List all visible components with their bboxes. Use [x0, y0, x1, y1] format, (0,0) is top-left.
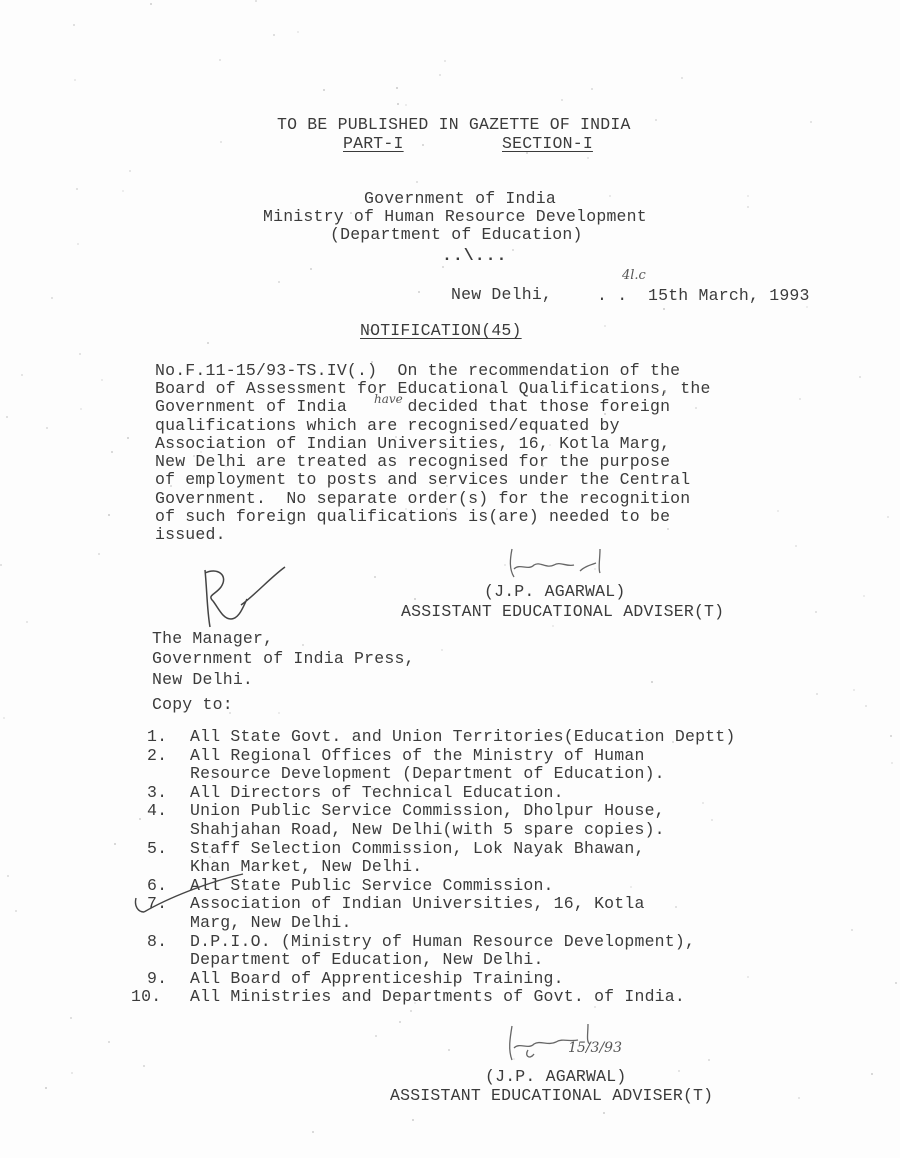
copy-to-item: Staff Selection Commission, Lok Nayak Bh…	[190, 840, 645, 858]
copy-to-label: Copy to:	[152, 696, 233, 714]
copy-to-item: All Regional Offices of the Ministry of …	[190, 747, 645, 765]
initials-signature	[195, 565, 295, 635]
publish-line: TO BE PUBLISHED IN GAZETTE OF INDIA	[277, 116, 631, 134]
signature-1	[500, 545, 620, 585]
copy-to-item: All Directors of Technical Education.	[190, 784, 564, 802]
notification-body-line: New Delhi are treated as recognised for …	[155, 453, 670, 471]
notification-body-line: Government. No separate order(s) for the…	[155, 490, 690, 508]
copy-to-item: D.P.I.O. (Ministry of Human Resource Dev…	[190, 933, 695, 951]
copy-to-item: All Board of Apprenticeship Training.	[190, 970, 564, 988]
dateline-dots: . .	[597, 287, 627, 305]
notification-title: NOTIFICATION(45)	[360, 322, 522, 340]
addressee-line-1: The Manager,	[152, 630, 273, 648]
copy-to-number: 1.	[147, 728, 167, 746]
addressee-line-2: Government of India Press,	[152, 650, 415, 668]
copy-to-number: 4.	[147, 802, 167, 820]
notification-body-line: Government of India decided that those f…	[155, 398, 670, 416]
notification-body-line: issued.	[155, 526, 226, 544]
signer-designation-1: ASSISTANT EDUCATIONAL ADVISER(T)	[401, 603, 724, 621]
issuer-government: Government of India	[364, 190, 556, 208]
notification-body-line: qualifications which are recognised/equa…	[155, 417, 620, 435]
notification-body-line: of employment to posts and services unde…	[155, 471, 690, 489]
copy-to-item: Shahjahan Road, New Delhi(with 5 spare c…	[190, 821, 665, 839]
dateline-place: New Delhi,	[451, 286, 552, 304]
section-label: SECTION-I	[502, 135, 593, 153]
checkmark-annotation	[128, 870, 258, 920]
notification-body-line: Association of Indian Universities, 16, …	[155, 435, 670, 453]
issuer-ministry: Ministry of Human Resource Development	[263, 208, 647, 226]
copy-to-item: Association of Indian Universities, 16, …	[190, 895, 645, 913]
handwritten-date: 15/3/93	[568, 1040, 622, 1056]
dateline-date: 15th March, 1993	[648, 287, 810, 305]
copy-to-number: 9.	[147, 970, 167, 988]
copy-to-number: 10.	[131, 988, 161, 1006]
issuer-department: (Department of Education)	[330, 226, 583, 244]
part-label: PART-I	[343, 135, 404, 153]
signer-name-2: (J.P. AGARWAL)	[485, 1068, 626, 1086]
copy-to-item: All State Govt. and Union Territories(Ed…	[190, 728, 736, 746]
handwritten-note: 4l.c	[622, 268, 646, 283]
copy-to-number: 8.	[147, 933, 167, 951]
copy-to-item: Union Public Service Commission, Dholpur…	[190, 802, 665, 820]
signer-designation-2: ASSISTANT EDUCATIONAL ADVISER(T)	[390, 1087, 713, 1105]
notification-body-line: No.F.11-15/93-TS.IV(.) On the recommenda…	[155, 362, 680, 380]
addressee-line-3: New Delhi.	[152, 671, 253, 689]
notification-body-line: Board of Assessment for Educational Qual…	[155, 380, 711, 398]
notification-body-line: of such foreign qualifications is(are) n…	[155, 508, 670, 526]
copy-to-number: 3.	[147, 784, 167, 802]
copy-to-number: 5.	[147, 840, 167, 858]
copy-to-number: 2.	[147, 747, 167, 765]
separator: ..\...	[442, 247, 507, 265]
signer-name-1: (J.P. AGARWAL)	[484, 583, 625, 601]
copy-to-item: All Ministries and Departments of Govt. …	[190, 988, 685, 1006]
copy-to-item: Department of Education, New Delhi.	[190, 951, 544, 969]
copy-to-item: Resource Development (Department of Educ…	[190, 765, 665, 783]
handwritten-insert: have	[374, 392, 403, 406]
